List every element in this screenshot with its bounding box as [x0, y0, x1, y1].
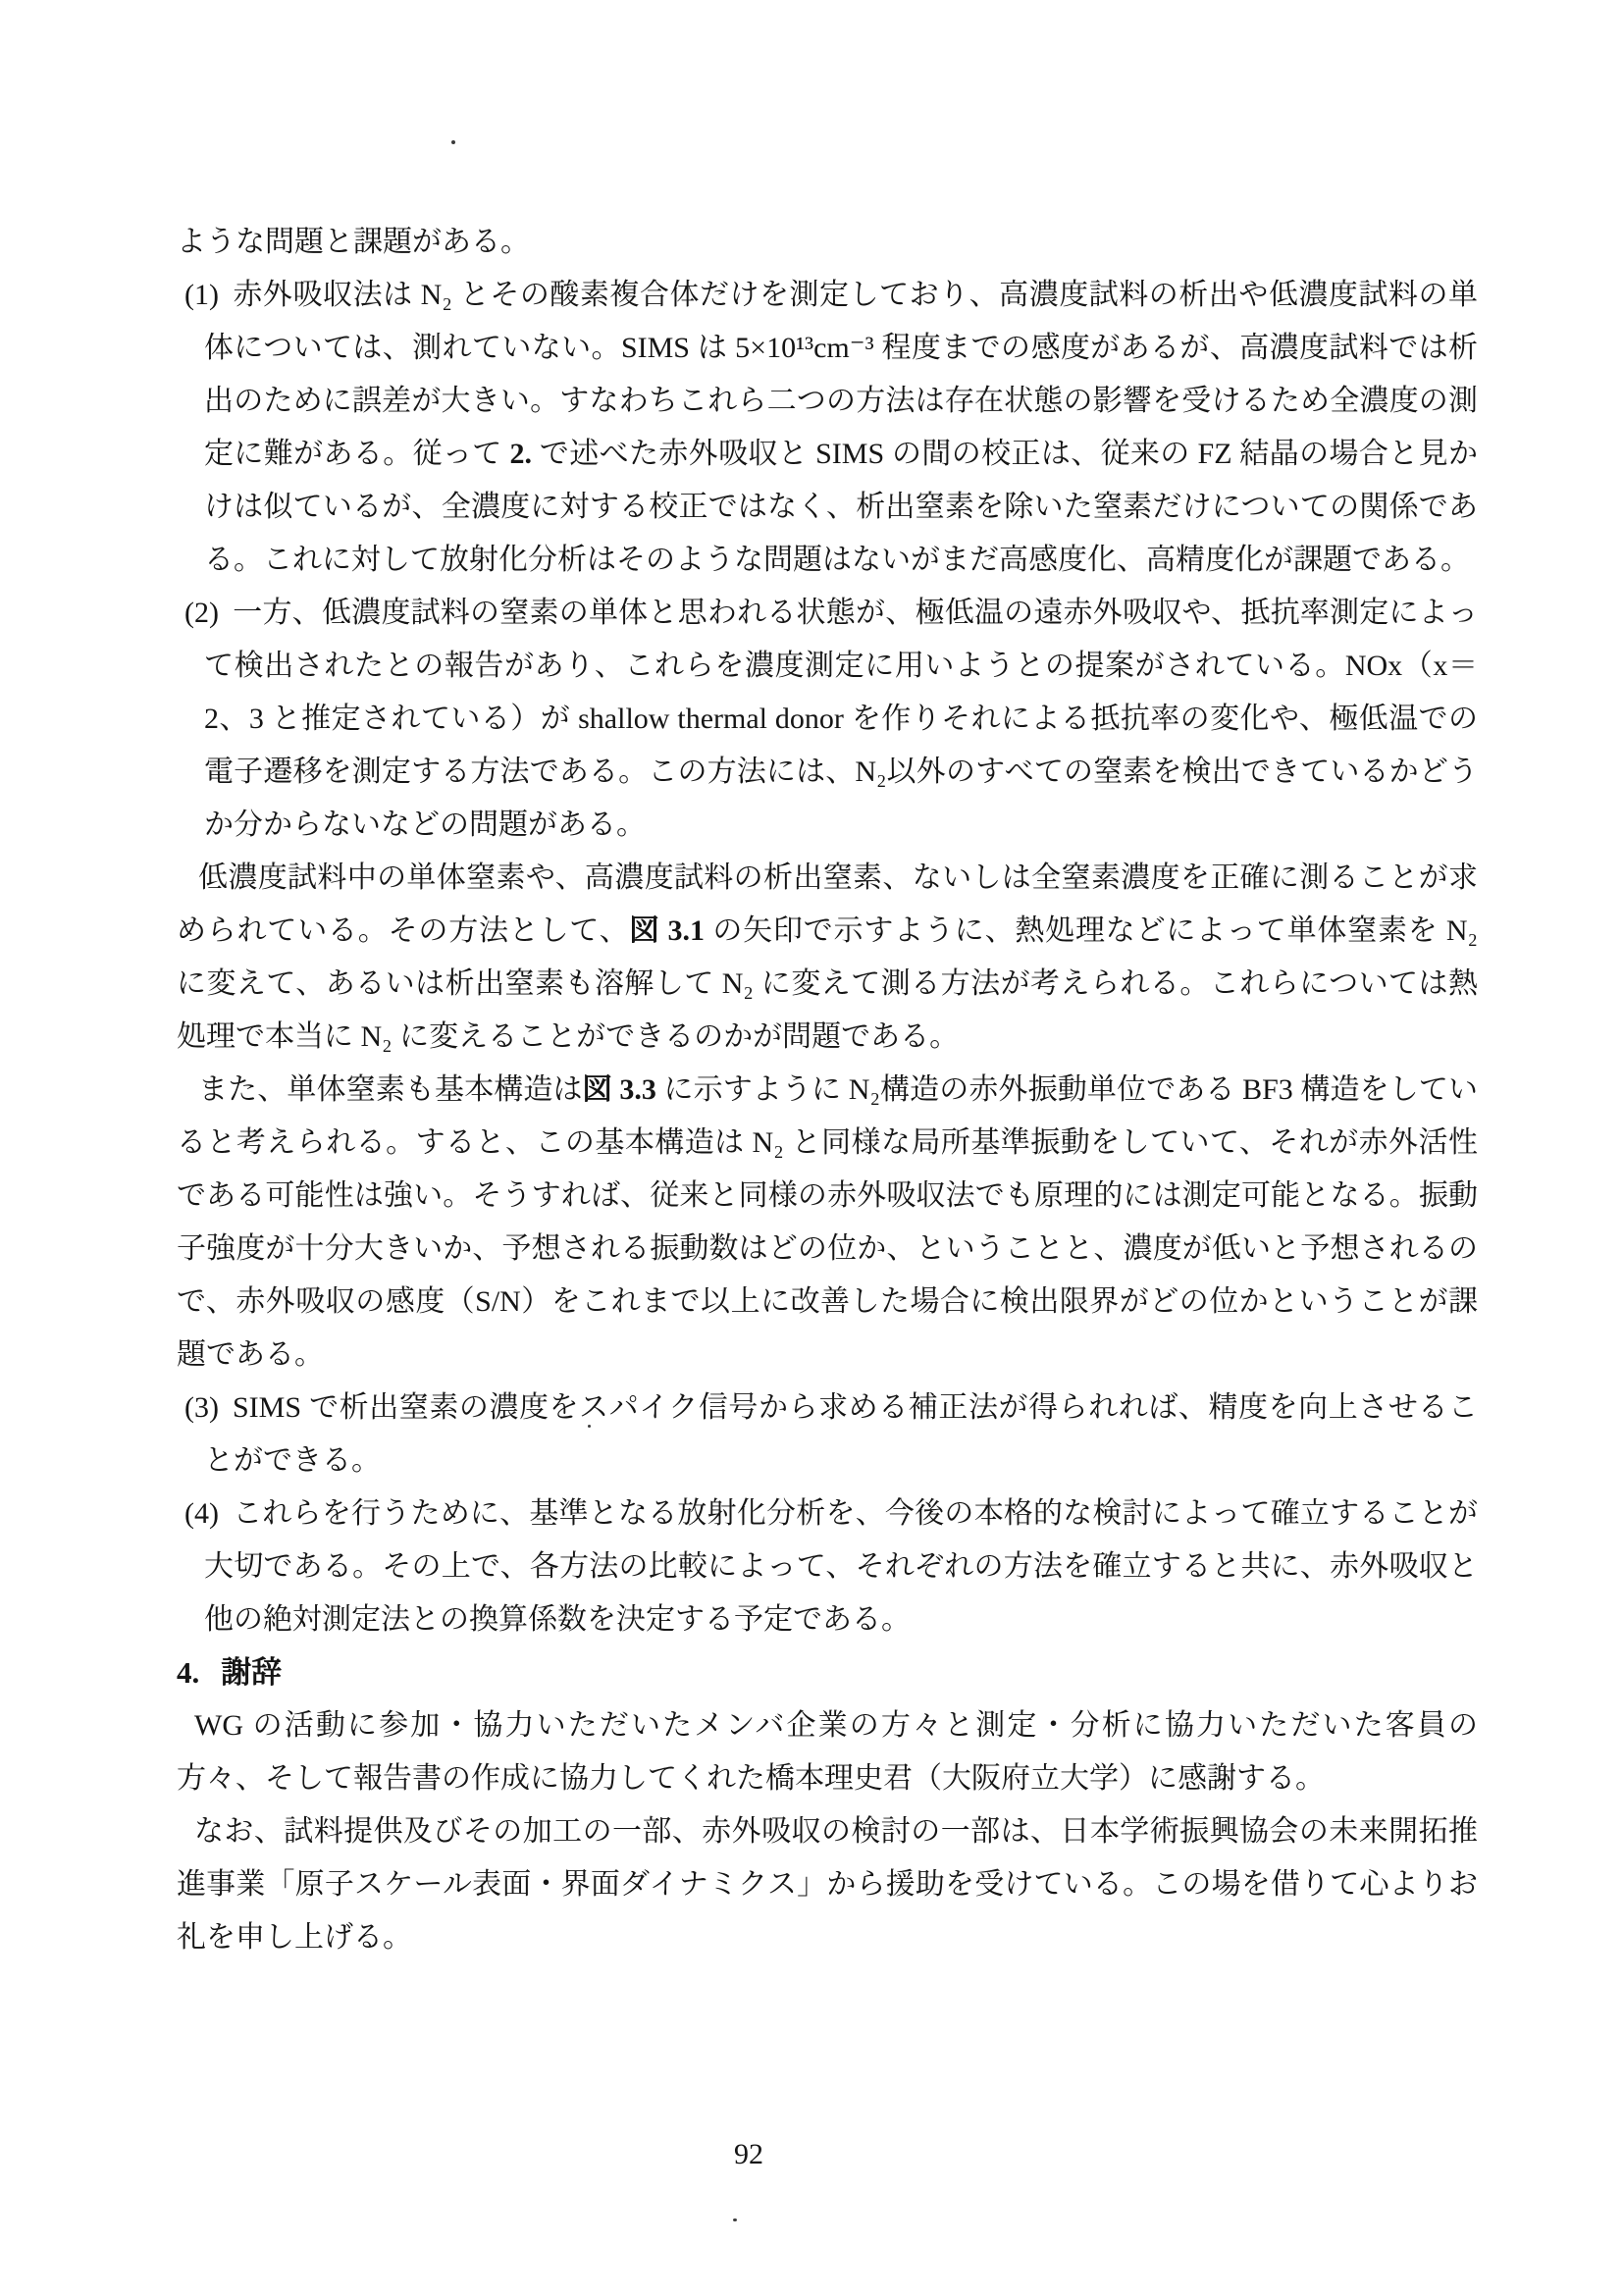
item-marker: (3)	[184, 1391, 219, 1424]
section-heading: 4.謝辞	[177, 1646, 1478, 1699]
paragraph-acknowledgment-1: WG の活動に参加・協力いただいたメンバ企業の方々と測定・分析に協力いただいた客…	[177, 1699, 1478, 1805]
numbered-item-4: (4)これらを行うために、基準となる放射化分析を、今後の本格的な検討によって確立…	[177, 1487, 1478, 1646]
document-page: ような問題と課題がある。 (1)赤外吸収法は N₂ とその酸素複合体だけを測定し…	[0, 0, 1623, 2296]
scan-artifact-dot	[451, 140, 455, 144]
page-number: 92	[734, 2135, 763, 2174]
item-text: これらを行うために、基準となる放射化分析を、今後の本格的な検討によって確立するこ…	[204, 1497, 1478, 1636]
item-marker: (2)	[184, 597, 219, 629]
item-text: 一方、低濃度試料の窒素の単体と思われる状態が、極低温の遠赤外吸収や、抵抗率測定に…	[204, 597, 1478, 841]
numbered-item-3: (3)SIMS で析出窒素の濃度をスパイク信号から求める補正法が得られれば、精度…	[177, 1382, 1478, 1487]
scan-artifact-dot	[733, 2218, 737, 2221]
paragraph-acknowledgment-2: なお、試料提供及びその加工の一部、赤外吸収の検討の一部は、日本学術振興協会の未来…	[177, 1805, 1478, 1964]
body-text: ような問題と課題がある。 (1)赤外吸収法は N₂ とその酸素複合体だけを測定し…	[177, 216, 1478, 1964]
section-number: 4.	[177, 1655, 199, 1690]
numbered-item-1: (1)赤外吸収法は N₂ とその酸素複合体だけを測定しており、高濃度試料の析出や…	[177, 269, 1478, 587]
item-text: SIMS で析出窒素の濃度をスパイク信号から求める補正法が得られれば、精度を向上…	[204, 1391, 1478, 1477]
paragraph-single-nitrogen: 低濃度試料中の単体窒素や、高濃度試料の析出窒素、ないしは全窒素濃度を正確に測るこ…	[177, 852, 1478, 1064]
section-title: 謝辞	[221, 1655, 282, 1690]
paragraph-intro: ような問題と課題がある。	[177, 216, 1478, 269]
item-marker: (1)	[184, 279, 219, 311]
item-text: 赤外吸収法は N₂ とその酸素複合体だけを測定しており、高濃度試料の析出や低濃度…	[204, 279, 1478, 576]
item-marker: (4)	[184, 1497, 219, 1530]
paragraph-basic-structure: また、単体窒素も基本構造は図 3.3 に示すように N₂構造の赤外振動単位である…	[177, 1064, 1478, 1382]
numbered-item-2: (2)一方、低濃度試料の窒素の単体と思われる状態が、極低温の遠赤外吸収や、抵抗率…	[177, 587, 1478, 852]
